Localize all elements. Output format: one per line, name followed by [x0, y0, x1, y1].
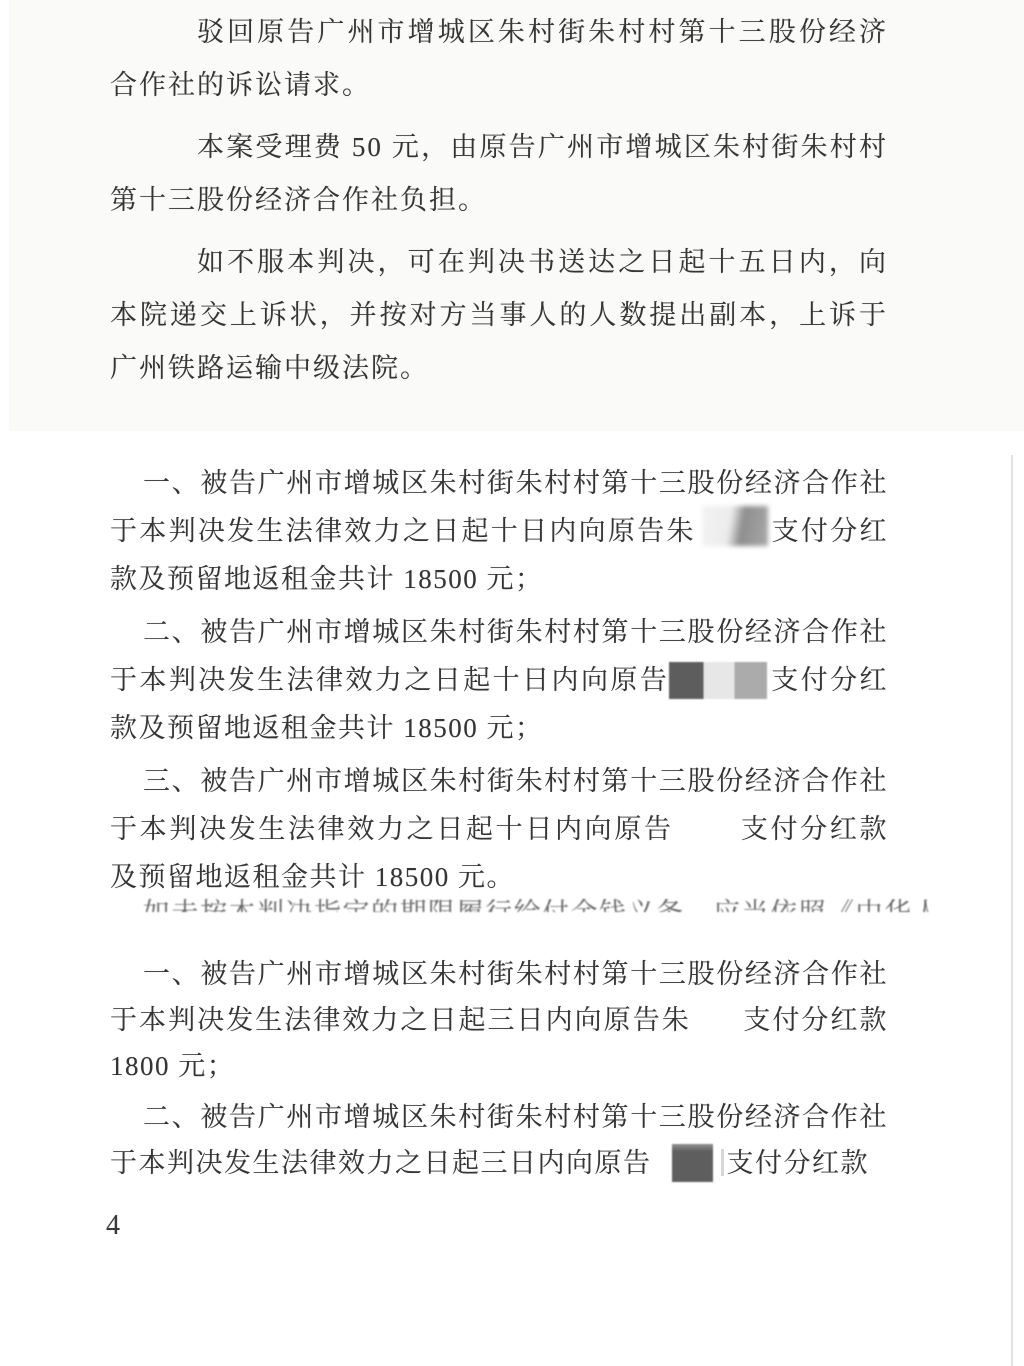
ruling-appeal-text: 如不服本判决，可在判决书送达之日起十五日内，向本院递交上诉状，并按对方当事人的人… [110, 247, 888, 383]
clipped-text-line: 如未按本判决指定的期限履行给付金钱义务，应当依照《中华人民共和国民事诉讼法》规定 [143, 898, 933, 912]
ruling-fee-text: 本案受理费 50 元，由原告广州市增城区朱村街朱村村第十三股份经济合作社负担。 [110, 132, 888, 215]
judgment-item-1: 一、被告广州市增城区朱村街朱村村第十三股份经济合作社于本判决发生法律效力之日起三… [110, 951, 888, 1089]
judgment-item-1: 一、被告广州市增城区朱村街朱村村第十三股份经济合作社于本判决发生法律效力之日起十… [110, 459, 888, 603]
redaction-gray-blocks [669, 662, 767, 699]
redaction-dark-block [672, 1144, 713, 1182]
judgment-item-3: 三、被告广州市增城区朱村街朱村村第十三股份经济合作社于本判决发生法律效力之日起十… [110, 757, 888, 901]
judgment-item-2: 二、被告广州市增城区朱村街朱村村第十三股份经济合作社于本判决发生法律效力之日起三… [110, 1094, 888, 1186]
judgment-items-ten-day: 一、被告广州市增城区朱村街朱村村第十三股份经济合作社于本判决发生法律效力之日起十… [110, 459, 888, 901]
scan-edge-artifact [1011, 455, 1013, 1366]
redaction-remnant-stroke [721, 1149, 724, 1176]
judgment-item-2: 二、被告广州市增城区朱村街朱村村第十三股份经济合作社于本判决发生法律效力之日起十… [110, 608, 888, 752]
ruling-paragraph-dismiss: 驳回原告广州市增城区朱村街朱村村第十三股份经济合作社的诉讼请求。 [110, 6, 888, 112]
redaction-blur-smudge [702, 506, 768, 546]
ruling-section: 驳回原告广州市增城区朱村街朱村村第十三股份经济合作社的诉讼请求。 本案受理费 5… [110, 6, 888, 395]
court-judgment-page: 驳回原告广州市增城区朱村街朱村村第十三股份经济合作社的诉讼请求。 本案受理费 5… [0, 0, 1024, 1366]
redaction-blank-space [691, 1038, 743, 1039]
item-text-post: 支付分红款 [727, 1148, 870, 1178]
ruling-paragraph-appeal: 如不服本判决，可在判决书送达之日起十五日内，向本院递交上诉状，并按对方当事人的人… [110, 236, 888, 395]
redaction-blank-space [674, 847, 740, 848]
ruling-paragraph-fee: 本案受理费 50 元，由原告广州市增城区朱村街朱村村第十三股份经济合作社负担。 [110, 121, 888, 227]
ruling-dismiss-text: 驳回原告广州市增城区朱村街朱村村第十三股份经济合作社的诉讼请求。 [110, 17, 888, 100]
judgment-items-three-day: 一、被告广州市增城区朱村街朱村村第十三股份经济合作社于本判决发生法律效力之日起三… [110, 951, 888, 1186]
page-number: 4 [106, 1210, 120, 1242]
